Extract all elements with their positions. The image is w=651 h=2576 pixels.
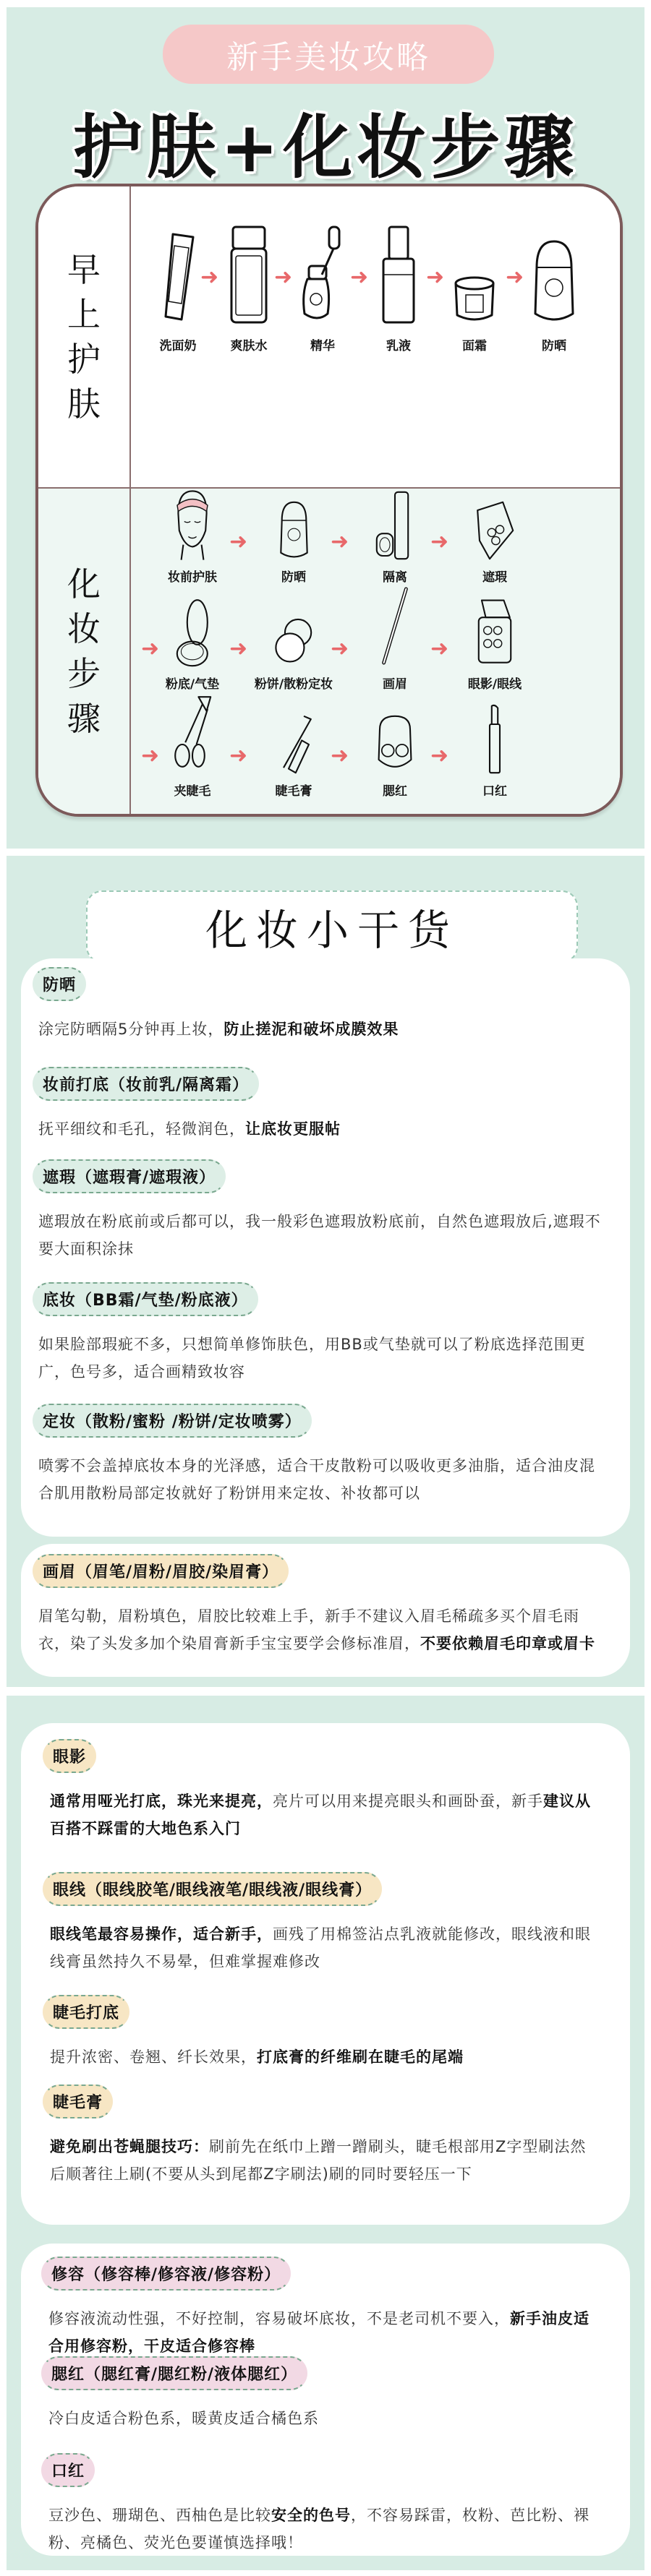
cushion-compact-icon bbox=[145, 596, 239, 668]
tip-item: 妆前打底（妆前乳/隔离霜）抚平细纹和毛孔，轻微润色，让底妆更服帖 bbox=[21, 1067, 630, 1143]
arrow-right-icon: ➜ bbox=[141, 743, 159, 768]
tip-text-segment: 豆沙色、珊瑚色、西柚色是比较 bbox=[48, 2507, 271, 2524]
tip-text: 喷雾不会盖掉底妆本身的光泽感，适合干皮散粉可以吸收更多油脂，适合油皮混合肌用散粉… bbox=[33, 1452, 630, 1507]
tip-text-segment: 喷雾不会盖掉底妆本身的光泽感，适合干皮散粉可以吸收更多油脂，适合油皮混合肌用散粉… bbox=[38, 1457, 595, 1502]
step-label: 妆前护肤 bbox=[168, 567, 217, 585]
label-char: 早 bbox=[67, 247, 101, 292]
row-night-skincare: 晚 上 护 肤 卸妆洗面奶➜爽肤水➜精华➜眼霜➜乳液➜面霜➜ bbox=[38, 814, 620, 817]
tips-card-cheeks-lips: 修容（修容棒/修容液/修容粉）修容液流动性强，不好控制，容易破坏底妆，不是老司机… bbox=[21, 2244, 630, 2556]
tip-item: 定妆（散粉/蜜粉 /粉饼/定妆喷雾）喷雾不会盖掉底妆本身的光泽感，适合干皮散粉可… bbox=[21, 1404, 630, 1507]
label-char: 护 bbox=[67, 337, 101, 382]
subtitle-pill: 新手美妆攻略 bbox=[163, 25, 494, 84]
tip-text-segment: 提升浓密、卷翘、纤长效果， bbox=[50, 2048, 257, 2066]
tip-text: 通常用哑光打底，珠光来提亮，亮片可以用来提亮眼头和画卧蚕，新手建议从百搭不踩雷的… bbox=[43, 1787, 630, 1842]
tip-text-emphasis: 通常用哑光打底，珠光来提亮， bbox=[50, 1793, 273, 1810]
arrow-right-icon: ➜ bbox=[430, 636, 448, 661]
primer-bottle-icon bbox=[348, 489, 442, 561]
tip-text-segment: 抚平细纹和毛孔，轻微润色， bbox=[38, 1120, 245, 1138]
step-item: 乳液 bbox=[366, 212, 431, 353]
arrow-right-icon: ➜ bbox=[229, 636, 247, 661]
tips-card-base: 防晒涂完防晒隔5分钟再上妆，防止搓泥和破坏成膜效果妆前打底（妆前乳/隔离霜）抚平… bbox=[21, 958, 630, 1537]
label-char: 化 bbox=[67, 562, 101, 606]
tip-text: 眼线笔最容易操作，适合新手，画残了用棉签沾点乳液就能修改，眼线液和眼线膏虽然持久… bbox=[43, 1920, 630, 1975]
tip-tag: 画眉（眉笔/眉粉/眉胶/染眉膏） bbox=[33, 1554, 289, 1588]
step-label: 防晒 bbox=[542, 335, 566, 353]
tip-tag: 修容（修容棒/修容液/修容粉） bbox=[41, 2257, 291, 2291]
tip-text-emphasis: 打底膏的纤维刷在睫毛的尾端 bbox=[257, 2048, 464, 2066]
step-label: 遮瑕 bbox=[482, 567, 507, 585]
tip-item: 画眉（眉笔/眉粉/眉胶/染眉膏）眉笔勾勒，眉粉填色，眉胶比较难上手，新手不建议入… bbox=[21, 1554, 630, 1657]
step-label: 画眉 bbox=[383, 674, 407, 692]
step-label: 粉底/气垫 bbox=[166, 674, 219, 692]
label-char: 上 bbox=[67, 292, 101, 337]
tip-item: 遮瑕（遮瑕膏/遮瑕液）遮瑕放在粉底前或后都可以，我一般彩色遮瑕放粉底前，自然色遮… bbox=[21, 1159, 630, 1263]
tip-item: 口红豆沙色、珊瑚色、西柚色是比较安全的色号，不容易踩雷，枚粉、芭比粉、裸粉、亮橘… bbox=[21, 2453, 630, 2556]
step-item: 妆前护肤 bbox=[145, 489, 239, 585]
tip-item: 睫毛打底提升浓密、卷翘、纤长效果，打底膏的纤维刷在睫毛的尾端 bbox=[21, 1995, 630, 2071]
tip-text-segment: 遮瑕放在粉底前或后都可以，我一般彩色遮瑕放粉底前，自然色遮瑕放后,遮瑕不要大面积… bbox=[38, 1213, 601, 1258]
tip-item: 防晒涂完防晒隔5分钟再上妆，防止搓泥和破坏成膜效果 bbox=[21, 967, 630, 1043]
step-item: 画眉 bbox=[348, 596, 442, 692]
tip-tag: 睫毛膏 bbox=[43, 2085, 113, 2118]
tip-text: 修容液流动性强，不好控制，容易破坏底妆，不是老司机不要入，新手油皮适合用修容粉，… bbox=[41, 2305, 630, 2360]
label-char: 骤 bbox=[67, 696, 101, 741]
tip-tag: 腮红（腮红膏/腮红粉/液体腮红） bbox=[41, 2356, 307, 2390]
toner-bottle-icon bbox=[216, 212, 281, 325]
tip-text: 豆沙色、珊瑚色、西柚色是比较安全的色号，不容易踩雷，枚粉、芭比粉、裸粉、亮橘色、… bbox=[41, 2502, 630, 2556]
eyeshadow-palette-icon bbox=[448, 596, 542, 668]
step-label: 爽肤水 bbox=[231, 335, 268, 353]
step-item: 睫毛膏 bbox=[247, 703, 341, 799]
step-label: 夹睫毛 bbox=[174, 781, 211, 799]
arrow-right-icon: ➜ bbox=[426, 265, 444, 290]
tip-item: 睫毛膏避免刷出苍蝇腿技巧：刷前先在纸巾上蹭一蹭刷头，睫毛根部用Z字型刷法然后顺著… bbox=[21, 2085, 630, 2188]
tip-text-emphasis: 安全的色号 bbox=[271, 2507, 351, 2524]
tip-item: 眼影通常用哑光打底，珠光来提亮，亮片可以用来提亮眼头和画卧蚕，新手建议从百搭不踩… bbox=[21, 1739, 630, 1842]
step-item: 粉饼/散粉定妆 bbox=[247, 596, 341, 692]
sunscreen-bottle-icon bbox=[522, 212, 587, 325]
tip-text-segment: 修容液流动性强，不好控制，容易破坏底妆，不是老司机不要入， bbox=[48, 2310, 510, 2327]
arrow-right-icon: ➜ bbox=[506, 265, 524, 290]
step-label: 防晒 bbox=[281, 567, 306, 585]
tip-tag: 睫毛打底 bbox=[43, 1995, 129, 2029]
arrow-right-icon: ➜ bbox=[229, 529, 247, 554]
row-label-morning: 早 上 护 肤 bbox=[38, 186, 131, 487]
arrow-right-icon: ➜ bbox=[200, 265, 218, 290]
mascara-icon bbox=[247, 703, 341, 775]
step-label: 洗面奶 bbox=[160, 335, 197, 353]
step-item: 夹睫毛 bbox=[145, 703, 239, 799]
tip-text: 提升浓密、卷翘、纤长效果，打底膏的纤维刷在睫毛的尾端 bbox=[43, 2043, 630, 2071]
row-makeup-steps: 化 妆 步 骤 妆前护肤防晒➜隔离➜遮瑕➜粉底/气垫➜粉饼/散粉定妆➜画眉➜眼影… bbox=[38, 487, 620, 814]
tip-text: 涂完防晒隔5分钟再上妆，防止搓泥和破坏成膜效果 bbox=[33, 1016, 630, 1043]
step-label: 隔离 bbox=[383, 567, 407, 585]
tip-text: 抚平细纹和毛孔，轻微润色，让底妆更服帖 bbox=[33, 1115, 630, 1143]
tips-title: 化妆小干货 bbox=[86, 890, 578, 963]
face-headband-icon bbox=[145, 489, 239, 561]
tips-panel-1: 化妆小干货 防晒涂完防晒隔5分钟再上妆，防止搓泥和破坏成膜效果妆前打底（妆前乳/… bbox=[7, 856, 644, 1687]
label-char: 步 bbox=[67, 651, 101, 696]
tip-text: 遮瑕放在粉底前或后都可以，我一般彩色遮瑕放粉底前，自然色遮瑕放后,遮瑕不要大面积… bbox=[33, 1208, 630, 1263]
tip-text-emphasis: 让底妆更服帖 bbox=[245, 1120, 341, 1138]
step-label: 腮红 bbox=[383, 781, 407, 799]
tips-panel-2: 眼影通常用哑光打底，珠光来提亮，亮片可以用来提亮眼头和画卧蚕，新手建议从百搭不踩… bbox=[7, 1696, 644, 2570]
eyelash-curler-icon bbox=[145, 703, 239, 775]
tip-text-segment: 如果脸部瑕疵不多，只想简单修饰肤色，用BB或气垫就可以了粉底选择范围更广，色号多… bbox=[38, 1336, 586, 1381]
row-label-night: 晚 上 护 肤 bbox=[38, 815, 131, 817]
tip-text-emphasis: 眼线笔最容易操作，适合新手， bbox=[50, 1925, 273, 1943]
tip-item: 底妆（BB霜/气垫/粉底液）如果脸部瑕疵不多，只想简单修饰肤色，用BB或气垫就可… bbox=[21, 1282, 630, 1386]
tip-tag: 定妆（散粉/蜜粉 /粉饼/定妆喷雾） bbox=[33, 1404, 312, 1438]
step-item: 隔离 bbox=[348, 489, 442, 585]
step-label: 眼影/眼线 bbox=[468, 674, 522, 692]
tip-tag: 遮瑕（遮瑕膏/遮瑕液） bbox=[33, 1159, 226, 1193]
tip-item: 修容（修容棒/修容液/修容粉）修容液流动性强，不好控制，容易破坏底妆，不是老司机… bbox=[21, 2257, 630, 2360]
cream-jar-icon bbox=[442, 212, 507, 325]
tip-text-emphasis: 避免刷出苍蝇腿技巧： bbox=[50, 2138, 209, 2155]
tip-item: 眼线（眼线胶笔/眼线液笔/眼线液/眼线膏）眼线笔最容易操作，适合新手，画残了用棉… bbox=[21, 1872, 630, 1975]
step-label: 精华 bbox=[310, 335, 335, 353]
routine-panel: 新手美妆攻略 护肤+化妆步骤 早 上 护 肤 洗面奶爽肤水➜精华➜乳液➜面霜➜防… bbox=[7, 7, 644, 849]
lipstick-icon bbox=[448, 703, 542, 775]
step-label: 口红 bbox=[482, 781, 507, 799]
step-item: 面霜 bbox=[442, 212, 507, 353]
tip-text: 避免刷出苍蝇腿技巧：刷前先在纸巾上蹭一蹭刷头，睫毛根部用Z字型刷法然后顺著往上刷… bbox=[43, 2133, 630, 2188]
step-label: 睫毛膏 bbox=[276, 781, 312, 799]
tip-text-segment: 冷白皮适合粉色系，暖黄皮适合橘色系 bbox=[48, 2410, 319, 2427]
arrow-right-icon: ➜ bbox=[430, 743, 448, 768]
tip-text: 眉笔勾勒，眉粉填色，眉胶比较难上手，新手不建议入眉毛稀疏多买个眉毛雨衣，染了头发… bbox=[33, 1602, 630, 1657]
row-label-makeup: 化 妆 步 骤 bbox=[38, 489, 131, 814]
step-item: 眼影/眼线 bbox=[448, 596, 542, 692]
tips-card-brow: 画眉（眉笔/眉粉/眉胶/染眉膏）眉笔勾勒，眉粉填色，眉胶比较难上手，新手不建议入… bbox=[21, 1544, 630, 1677]
page-title: 护肤+化妆步骤 bbox=[7, 93, 644, 192]
step-item: 防晒 bbox=[522, 212, 587, 353]
tip-text: 如果脸部瑕疵不多，只想简单修饰肤色，用BB或气垫就可以了粉底选择范围更广，色号多… bbox=[33, 1331, 630, 1386]
step-item: 粉底/气垫 bbox=[145, 596, 239, 692]
tips-card-eyes: 眼影通常用哑光打底，珠光来提亮，亮片可以用来提亮眼头和画卧蚕，新手建议从百搭不踩… bbox=[21, 1723, 630, 2225]
tip-tag: 口红 bbox=[41, 2453, 95, 2487]
serum-dropper-icon bbox=[290, 212, 355, 325]
arrow-right-icon: ➜ bbox=[274, 265, 292, 290]
step-label: 粉饼/散粉定妆 bbox=[255, 674, 333, 692]
step-label: 面霜 bbox=[462, 335, 487, 353]
step-item: 防晒 bbox=[247, 489, 341, 585]
blush-compact-icon bbox=[348, 703, 442, 775]
arrow-right-icon: ➜ bbox=[430, 529, 448, 554]
label-char: 妆 bbox=[67, 606, 101, 651]
sunscreen-bottle-icon bbox=[247, 489, 341, 561]
row-morning-skincare: 早 上 护 肤 洗面奶爽肤水➜精华➜乳液➜面霜➜防晒➜ bbox=[38, 186, 620, 487]
step-label: 乳液 bbox=[386, 335, 411, 353]
step-item: 腮红 bbox=[348, 703, 442, 799]
tip-tag: 防晒 bbox=[33, 967, 86, 1001]
tip-tag: 底妆（BB霜/气垫/粉底液） bbox=[33, 1282, 258, 1316]
tip-text-segment: 亮片可以用来提亮眼头和画卧蚕，新手 bbox=[273, 1793, 543, 1810]
arrow-right-icon: ➜ bbox=[331, 636, 349, 661]
tip-item: 腮红（腮红膏/腮红粉/液体腮红）冷白皮适合粉色系，暖黄皮适合橘色系 bbox=[21, 2356, 630, 2432]
arrow-right-icon: ➜ bbox=[229, 743, 247, 768]
tip-tag: 眼线（眼线胶笔/眼线液笔/眼线液/眼线膏） bbox=[43, 1872, 382, 1906]
powder-puff-icon bbox=[247, 596, 341, 668]
step-item: 口红 bbox=[448, 703, 542, 799]
step-item: 精华 bbox=[290, 212, 355, 353]
tip-text-emphasis: 防止搓泥和破坏成膜效果 bbox=[224, 1021, 399, 1038]
step-item: 爽肤水 bbox=[216, 212, 281, 353]
arrow-right-icon: ➜ bbox=[331, 743, 349, 768]
arrow-right-icon: ➜ bbox=[331, 529, 349, 554]
arrow-right-icon: ➜ bbox=[350, 265, 368, 290]
tip-text: 冷白皮适合粉色系，暖黄皮适合橘色系 bbox=[41, 2405, 630, 2432]
tip-tag: 妆前打底（妆前乳/隔离霜） bbox=[33, 1067, 259, 1101]
step-item: 遮瑕 bbox=[448, 489, 542, 585]
label-char: 肤 bbox=[67, 382, 101, 426]
concealer-palette-icon bbox=[448, 489, 542, 561]
routine-table: 早 上 护 肤 洗面奶爽肤水➜精华➜乳液➜面霜➜防晒➜ 化 妆 步 骤 妆前护肤… bbox=[35, 184, 623, 817]
tip-tag: 眼影 bbox=[43, 1739, 96, 1773]
arrow-right-icon: ➜ bbox=[141, 636, 159, 661]
eyebrow-pencil-icon bbox=[348, 596, 442, 668]
lotion-bottle-icon bbox=[366, 212, 431, 325]
tip-text-emphasis: 不要依赖眉毛印章或眉卡 bbox=[420, 1635, 595, 1652]
tip-text-segment: 涂完防晒隔5分钟再上妆， bbox=[38, 1021, 224, 1038]
